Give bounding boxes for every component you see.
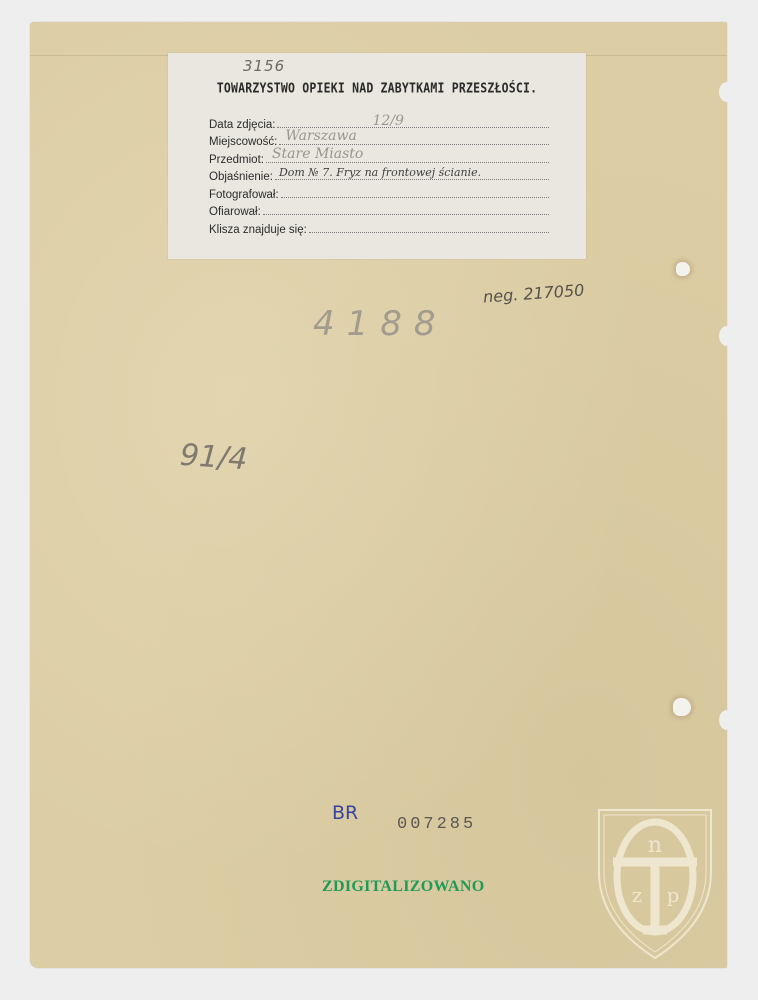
inventory-number: 007285: [397, 815, 476, 834]
card-number: 3156: [243, 57, 285, 75]
document-page: 3156 TOWARZYSTWO OPIEKI NAD ZABYTKAMI PR…: [30, 22, 727, 968]
field-label: Objaśnienie:: [209, 171, 273, 183]
field-value: Stare Miasto: [272, 146, 363, 162]
label-card: 3156 TOWARZYSTWO OPIEKI NAD ZABYTKAMI PR…: [168, 53, 586, 259]
svg-text:p: p: [667, 883, 680, 907]
fraction-mark: 91/4: [179, 438, 249, 478]
field-label: Fotografował:: [209, 189, 279, 201]
edge-notch: [719, 82, 735, 102]
paper-damage-hole: [673, 698, 691, 716]
field-photographer: Fotografował:: [209, 183, 549, 201]
card-title: TOWARZYSTWO OPIEKI NAD ZABYTKAMI PRZESZŁ…: [168, 80, 586, 96]
field-label: Przedmiot:: [209, 154, 264, 166]
field-subject: Przedmiot: Stare Miasto: [209, 148, 549, 166]
field-description: Objaśnienie: Dom № 7. Fryz na frontowej …: [209, 166, 549, 184]
br-mark: BR: [332, 802, 358, 824]
pencil-number: 4188: [313, 304, 448, 344]
edge-notch: [719, 710, 735, 730]
field-label: Ofiarował:: [209, 206, 261, 218]
field-list: Data zdjęcia: 12/9 Miejscowość: Warszawa…: [209, 113, 549, 236]
field-label: Data zdjęcia:: [209, 119, 275, 131]
field-value: Dom № 7. Fryz na frontowej ścianie.: [279, 166, 481, 179]
digitized-stamp: ZDIGITALIZOWANO: [322, 878, 484, 896]
field-donor: Ofiarował:: [209, 201, 549, 219]
field-date: Data zdjęcia: 12/9: [209, 113, 549, 131]
field-label: Klisza znajduje się:: [209, 224, 307, 236]
field-label: Miejscowość:: [209, 136, 277, 148]
field-place: Miejscowość: Warszawa: [209, 131, 549, 149]
svg-text:z: z: [632, 883, 643, 907]
field-value: 12/9: [372, 113, 403, 129]
field-value: Warszawa: [285, 128, 356, 144]
shield-monogram-icon: n z p: [595, 802, 715, 962]
edge-notch: [719, 326, 735, 346]
svg-text:n: n: [648, 833, 662, 858]
field-negative-location: Klisza znajduje się:: [209, 218, 549, 236]
registry-number: neg. 217050: [482, 280, 584, 306]
paper-damage-hole: [676, 262, 690, 276]
